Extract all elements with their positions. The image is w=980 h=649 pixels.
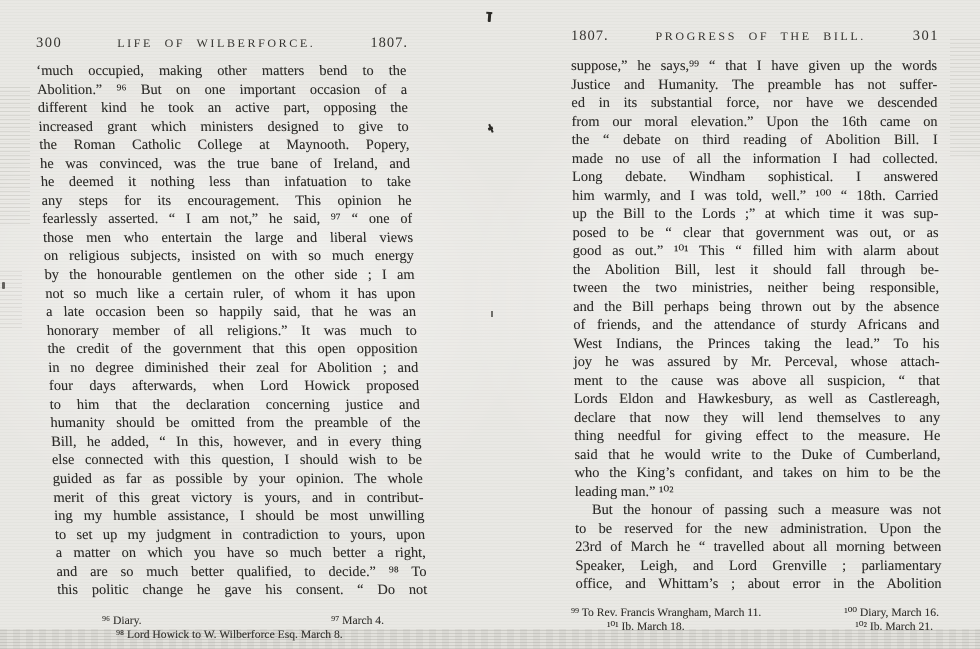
body-line: thing needful for giving effect to the m…: [574, 427, 940, 446]
body-line: joy he was assured by Mr. Perceval, whos…: [574, 353, 940, 372]
body-line: else connected with this question, I sho…: [52, 451, 423, 470]
body-line: Lords Eldon and Hawkesbury, as well as C…: [574, 390, 940, 409]
year-label: 1807.: [370, 35, 408, 52]
body-line: said that he would write to the Duke of …: [574, 446, 940, 465]
page-header-right: 1807. PROGRESS OF THE BILL. 301: [571, 27, 939, 44]
body-line: humanity should be omitted from the prea…: [50, 414, 421, 433]
body-line: the “ debate on third reading of Aboliti…: [572, 131, 938, 150]
footnote: ¹⁰² Ib. March 21.: [855, 620, 933, 633]
body-line: Abolition.” ⁹⁶ But on one important occa…: [37, 81, 408, 100]
body-line: to be reserved for the new administratio…: [575, 520, 941, 539]
body-line: of friends, and the attendance of sturdy…: [573, 316, 939, 335]
body-line: a late occasion been so happily said, th…: [46, 303, 417, 322]
page-number: 300: [36, 35, 62, 52]
body-line: on religious subjects, insisted on with …: [43, 247, 414, 266]
footnote-row: ⁹⁹ To Rev. Francis Wrangham, March 11. ¹…: [571, 606, 939, 619]
footnote: ⁹⁹ To Rev. Francis Wrangham, March 11.: [571, 606, 761, 619]
body-line: this politic change he gave his consent.…: [57, 581, 428, 600]
footnote: ⁹⁸ Lord Howick to W. Wilberforce Esq. Ma…: [116, 628, 343, 641]
footnote: ¹⁰⁰ Diary, March 16.: [844, 606, 939, 619]
body-line: four days afterwards, when Lord Howick p…: [49, 377, 420, 396]
footnote: ¹⁰¹ Ib. March 18.: [607, 620, 685, 633]
body-line: a matter on which you have so much bette…: [55, 544, 426, 563]
footnote-row: ¹⁰¹ Ib. March 18. ¹⁰² Ib. March 21.: [571, 620, 939, 633]
body-line: ment to the cause was above all suspicio…: [574, 372, 940, 391]
page-left: 300 LIFE OF WILBERFORCE. 1807. ‘much occ…: [36, 34, 408, 641]
body-line: ‘much occupied, making other matters ben…: [36, 62, 407, 81]
body-line: Bill, he added, “ In this, however, and …: [51, 433, 422, 452]
ink-speck: [491, 311, 493, 317]
scan-artifact-band-left-mid: [0, 268, 22, 328]
body-line: guided as far as possible by your opinio…: [52, 470, 423, 489]
book-scan: 300 LIFE OF WILBERFORCE. 1807. ‘much occ…: [0, 0, 980, 649]
body-line: made no use of all the information I had…: [572, 150, 938, 169]
body-line: in no degree diminished their zeal for A…: [48, 359, 419, 378]
scan-artifact-band-left: [0, 84, 30, 224]
footnotes-left: ⁹⁶ Diary. ⁹⁷ March 4. ⁹⁸ Lord Howick to …: [102, 614, 384, 641]
body-line: the Abolition Bill, lest it should fall …: [573, 261, 939, 280]
body-line: he was convinced, was the true bane of I…: [40, 155, 411, 174]
body-line: good as out.” ¹⁰¹ This “ filled him with…: [573, 242, 939, 261]
body-line: Long debate. Windham sophistical. I answ…: [572, 168, 938, 187]
body-line: the Roman Catholic College at Maynooth. …: [39, 136, 410, 155]
body-line: those men who entertain the large and li…: [43, 229, 414, 248]
body-line: 23rd of March he “ travelled about all m…: [575, 538, 941, 557]
ink-speck: [2, 282, 5, 289]
body-line: ing my humble assistance, I should be mo…: [54, 507, 425, 526]
body-line: him warmly, and I was told, well.” ¹⁰⁰ “…: [572, 187, 938, 206]
body-line: fearlessly asserted. “ I am not,” he sai…: [42, 210, 413, 229]
running-title: LIFE OF WILBERFORCE.: [117, 34, 315, 51]
ink-speck: [488, 12, 492, 22]
body-line: increased grant which ministers designed…: [38, 118, 409, 137]
body-line: tween the two ministries, neither being …: [573, 279, 939, 298]
body-line: office, and Whittam’s ; about error in t…: [576, 575, 942, 594]
body-line: to him that the declaration concerning j…: [49, 396, 420, 415]
body-line: merit of this great victory is yours, an…: [53, 489, 424, 508]
body-line: from our moral elevation.” Upon the 16th…: [571, 113, 937, 132]
body-line: West Indians, the Princes taking the lea…: [573, 335, 939, 354]
body-line: the credit of the government that this o…: [47, 340, 418, 359]
scan-artifact-band-right: [950, 36, 980, 156]
body-line: up the Bill to the Lords ;” at which tim…: [572, 205, 938, 224]
body-line: suppose,” he says,⁹⁹ “ that I have given…: [571, 57, 937, 76]
body-text: suppose,” he says,⁹⁹ “ that I have given…: [571, 57, 942, 594]
body-line: Justice and Humanity. The preamble has n…: [571, 76, 937, 95]
body-line: Speaker, Leigh, and Lord Grenville ; par…: [575, 557, 941, 576]
body-line: by the honourable gentlemen on the other…: [44, 266, 415, 285]
footnote-row: ⁹⁸ Lord Howick to W. Wilberforce Esq. Ma…: [116, 628, 384, 641]
running-title: PROGRESS OF THE BILL.: [655, 27, 865, 44]
body-text: ‘much occupied, making other matters ben…: [36, 62, 428, 600]
body-line: not so much like a certain ruler, of who…: [45, 285, 416, 304]
body-line: and are so much better qualified, to dec…: [56, 563, 427, 582]
footnotes-right: ⁹⁹ To Rev. Francis Wrangham, March 11. ¹…: [571, 606, 939, 633]
body-line: who the King’s confidant, and takes on h…: [575, 464, 941, 483]
body-line: leading man.” ¹⁰²: [575, 483, 941, 502]
body-line: honorary member of all religions.” It wa…: [46, 322, 417, 341]
body-line: posed to be “ clear that government was …: [572, 224, 938, 243]
page-right: 1807. PROGRESS OF THE BILL. 301 suppose,…: [571, 27, 939, 633]
body-line: he deemed it nothing less than infatuati…: [40, 173, 411, 192]
body-line: ed in its substantial force, nor have we…: [571, 94, 937, 113]
footnote: ⁹⁶ Diary.: [102, 614, 142, 627]
ink-speck: [488, 126, 494, 131]
year-label: 1807.: [571, 28, 609, 45]
body-line: different kind he took an active part, o…: [37, 99, 408, 118]
footnote: ⁹⁷ March 4.: [331, 614, 384, 627]
body-line: declare that now they will lend themselv…: [574, 409, 940, 428]
footnote-row: ⁹⁶ Diary. ⁹⁷ March 4.: [102, 614, 384, 627]
page-number: 301: [913, 28, 939, 45]
body-line: and the Bill perhaps being thrown out by…: [573, 298, 939, 317]
body-line: any steps for its encouragement. This op…: [41, 192, 412, 211]
page-header-left: 300 LIFE OF WILBERFORCE. 1807.: [36, 34, 408, 51]
body-line: But the honour of passing such a measure…: [575, 501, 941, 520]
body-line: to set up my judgment in contradiction t…: [55, 526, 426, 545]
